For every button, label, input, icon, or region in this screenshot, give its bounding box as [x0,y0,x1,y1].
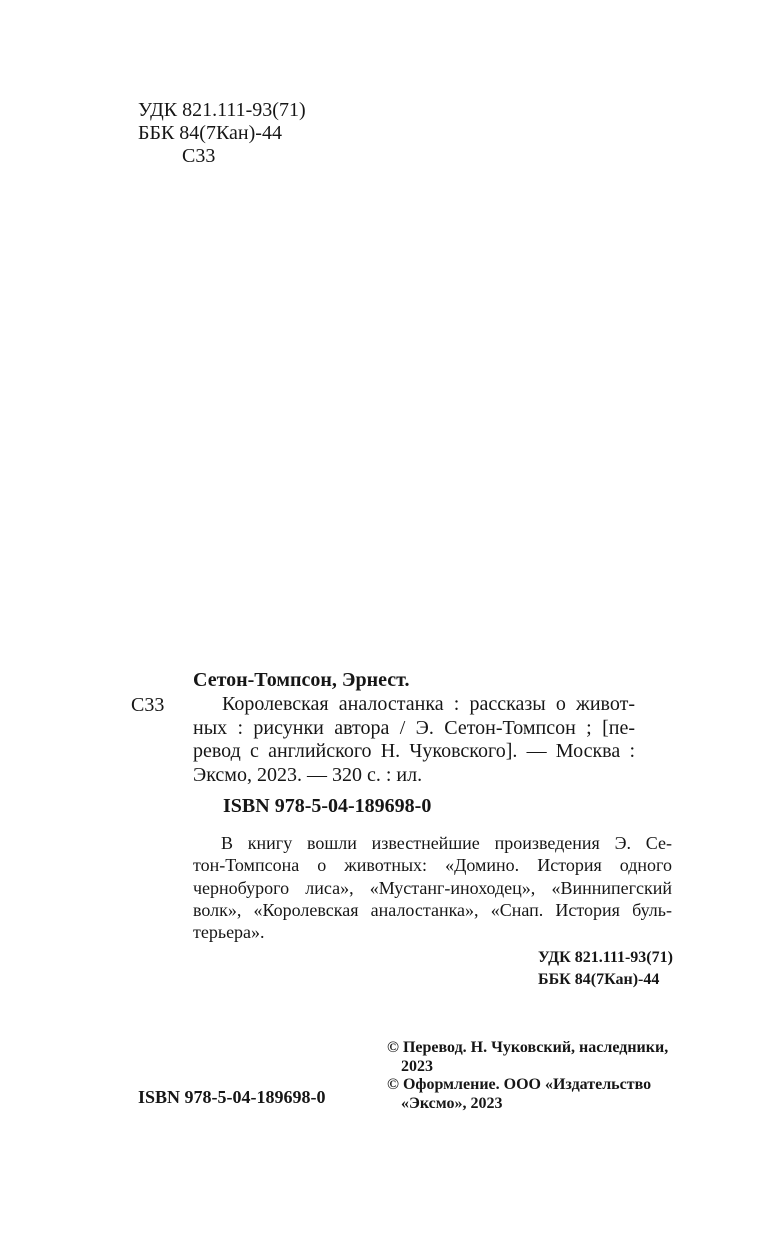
annotation-line: В книгу вошли известнейшие произведения … [193,832,672,854]
copyright-item: © Перевод. Н. Чуковский, наследники, 202… [387,1039,697,1076]
description-line: Эксмо, 2023. — 320 с. : ил. [193,764,635,788]
annotation-line: терьера». [193,921,672,943]
copyright-line: «Эксмо», 2023 [387,1095,697,1114]
bbk-code: ББК 84(7Кан)-44 [138,122,306,145]
description-line: ревод с английского Н. Чуковского]. — Мо… [193,740,635,764]
catalog-entry-code: С33 [131,694,164,717]
author-heading: Сетон-Томпсон, Эрнест. [193,669,409,692]
bibliographic-description: Королевская аналостанка : рассказы о жив… [193,693,635,787]
annotation-paragraph: В книгу вошли известнейшие произведения … [193,832,672,943]
udc-code: УДК 821.111-93(71) [138,99,306,122]
isbn-footer: ISBN 978-5-04-189698-0 [138,1087,326,1108]
annotation-line: волк», «Королевская аналостанка», «Снап.… [193,899,672,921]
copyright-item: © Оформление. ООО «Издательство «Эксмо»,… [387,1076,697,1113]
copyright-line: © Перевод. Н. Чуковский, наследники, [387,1039,697,1058]
top-classification-block: УДК 821.111-93(71) ББК 84(7Кан)-44 С33 [138,99,306,168]
copyright-line: 2023 [387,1058,697,1077]
bottom-classification-block: УДК 821.111-93(71) ББК 84(7Кан)-44 [538,947,673,991]
annotation-line: тон-Томпсона о животных: «Домино. Истори… [193,854,672,876]
description-line: Королевская аналостанка : рассказы о жив… [193,693,635,717]
description-line: ных : рисунки автора / Э. Сетон-Томпсон … [193,717,635,741]
isbn-catalog: ISBN 978-5-04-189698-0 [223,795,431,818]
copyright-line: © Оформление. ООО «Издательство [387,1076,697,1095]
book-imprint-page: УДК 821.111-93(71) ББК 84(7Кан)-44 С33 С… [0,0,768,1240]
author-sign-code: С33 [182,145,306,168]
udc-code-small: УДК 821.111-93(71) [538,947,673,969]
copyright-block: © Перевод. Н. Чуковский, наследники, 202… [387,1039,697,1113]
annotation-line: чернобурого лиса», «Мустанг-иноходец», «… [193,877,672,899]
bbk-code-small: ББК 84(7Кан)-44 [538,969,673,991]
